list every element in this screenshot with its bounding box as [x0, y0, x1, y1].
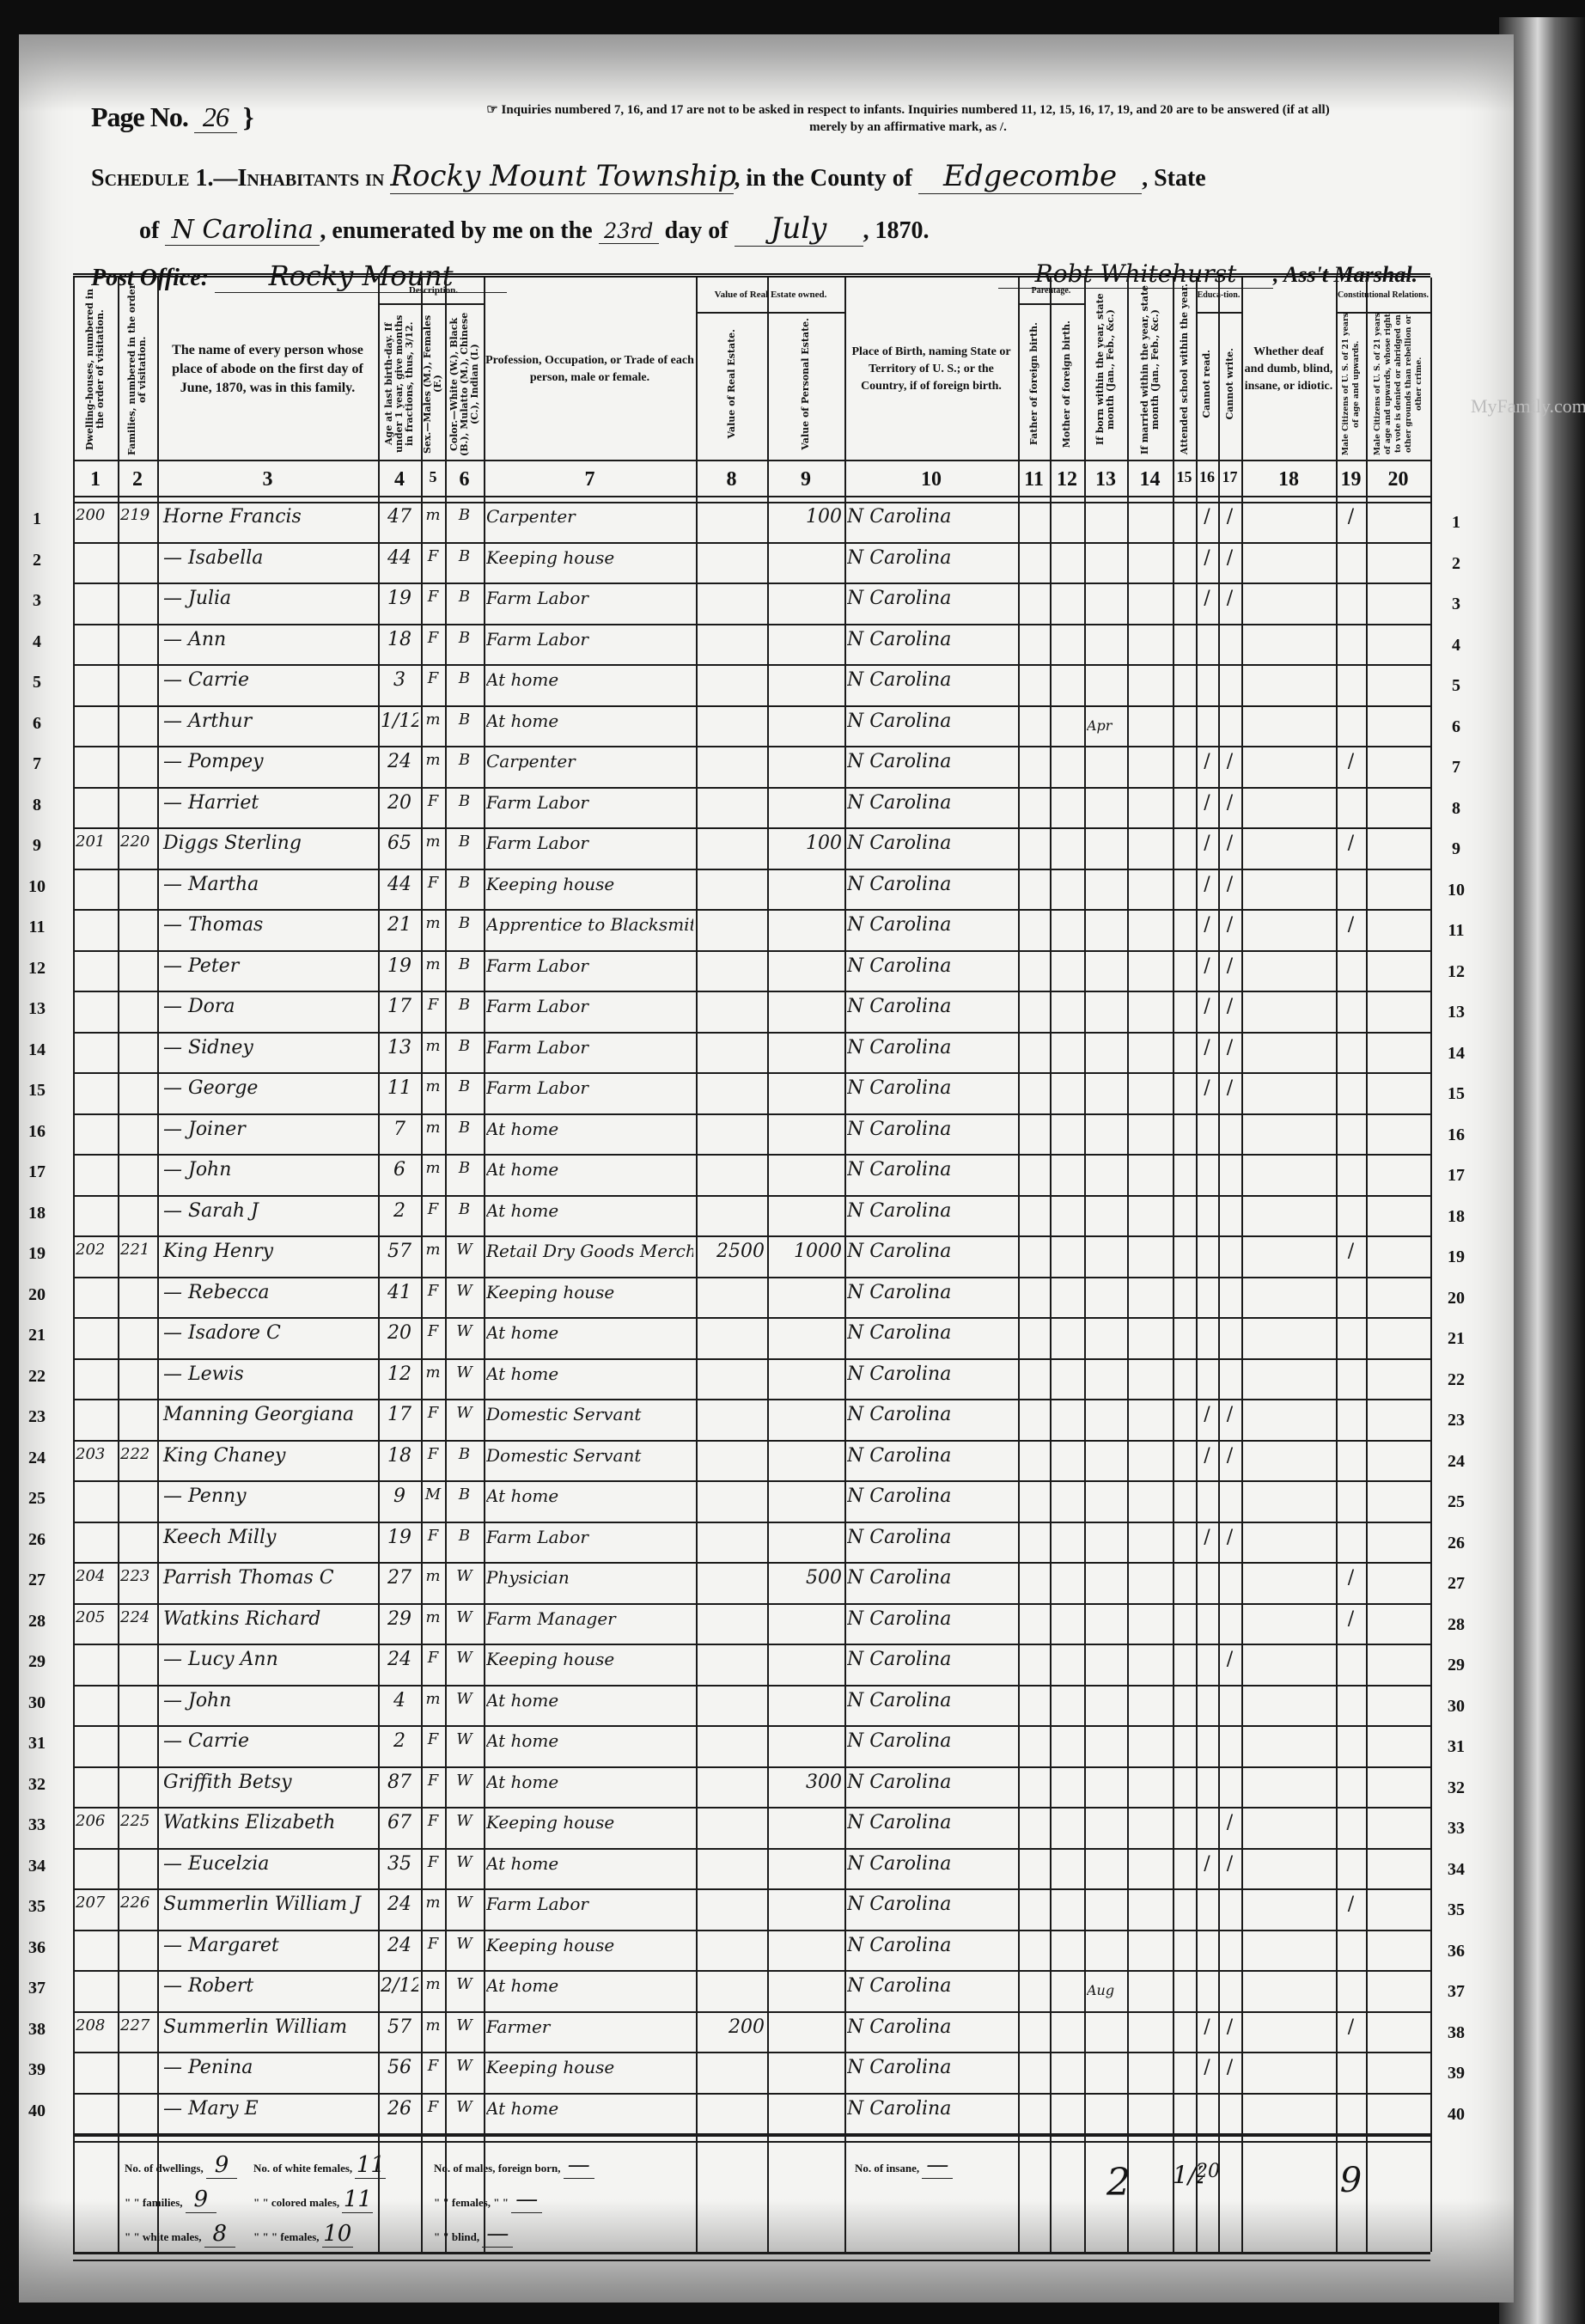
- table-row[interactable]: 1313— Dora17FBFarm LaborN Carolina//: [73, 991, 1430, 1032]
- birthplace: N Carolina: [847, 1363, 1015, 1385]
- age: 20: [381, 1322, 418, 1344]
- line-number-left: 37: [20, 1979, 54, 1998]
- color: B: [448, 914, 481, 932]
- summary-value: —: [511, 2187, 542, 2213]
- color: W: [448, 1894, 481, 1912]
- line-number-right: 10: [1439, 881, 1473, 900]
- person-name: — Pompey: [160, 751, 379, 772]
- line-number-right: 1: [1439, 513, 1473, 533]
- column-number-20: 20: [1366, 468, 1430, 491]
- age: 17: [381, 1404, 418, 1425]
- color: B: [448, 1485, 481, 1504]
- column-header-text: If born within the year, state month (Ja…: [1095, 283, 1116, 456]
- cannot-read-mark: /: [1198, 1037, 1216, 1058]
- person-name: — Sarah J: [160, 1200, 379, 1222]
- person-name: King Henry: [160, 1241, 379, 1262]
- column-number-11: 11: [1018, 468, 1050, 491]
- male-citizen-mark: /: [1338, 833, 1363, 854]
- summary-value: —: [482, 2221, 513, 2248]
- sex: F: [424, 588, 442, 606]
- column-header-text: Male Citizens of U. S. of 21 years of ag…: [1373, 312, 1424, 456]
- day-value: 23rd: [599, 219, 659, 244]
- real-estate-value: 2500: [698, 1241, 765, 1262]
- column-number-3: 3: [157, 468, 378, 491]
- line-number-right: 36: [1439, 1942, 1473, 1961]
- column-header-8: Value of Real Estate.: [698, 312, 765, 456]
- table-row[interactable]: 2020— Rebecca41FWKeeping houseN Carolina: [73, 1277, 1430, 1318]
- total-col13: 2: [1084, 2161, 1153, 2205]
- color: B: [448, 1445, 481, 1463]
- personal-estate-value: 1000: [770, 1241, 842, 1262]
- birthplace: N Carolina: [847, 1200, 1015, 1222]
- column-header-4: Age at last birth-day. If under 1 year, …: [380, 312, 419, 456]
- data-bottom-rule: [73, 2135, 1430, 2143]
- table-row[interactable]: 1717— John6mBAt homeN Carolina: [73, 1154, 1430, 1195]
- line-number-right: 5: [1439, 676, 1473, 696]
- person-name: — Isabella: [160, 547, 379, 569]
- color: W: [448, 1853, 481, 1871]
- table-row[interactable]: 1919202221King Henry57mWRetail Dry Goods…: [73, 1235, 1430, 1277]
- cannot-write-mark: /: [1221, 547, 1239, 569]
- table-row[interactable]: 1616— Joiner7mBAt homeN Carolina: [73, 1113, 1430, 1155]
- line-number-left: 4: [20, 632, 54, 652]
- sex: m: [424, 1975, 442, 1993]
- table-row[interactable]: 3131— Carrie2FWAt homeN Carolina: [73, 1725, 1430, 1766]
- occupation: At home: [486, 1119, 693, 1139]
- line-number-right: 24: [1439, 1452, 1473, 1472]
- cannot-write-mark: /: [1221, 833, 1239, 854]
- birthplace: N Carolina: [847, 914, 1015, 936]
- occupation: Keeping house: [486, 874, 693, 894]
- person-name: — Dora: [160, 996, 379, 1017]
- age: 44: [381, 547, 418, 569]
- cannot-read-mark: /: [1198, 2016, 1216, 2038]
- birthplace: N Carolina: [847, 1159, 1015, 1180]
- person-name: — Isadore C: [160, 1322, 379, 1344]
- column-header-text: Value of Personal Estate.: [801, 318, 811, 450]
- occupation: Keeping house: [486, 1812, 693, 1833]
- table-row[interactable]: 2828205224Watkins Richard29mWFarm Manage…: [73, 1603, 1430, 1644]
- line-number-left: 10: [20, 877, 54, 897]
- family-number: 221: [120, 1241, 155, 1259]
- line-number-left: 21: [20, 1326, 54, 1345]
- column-header-text: Sex.—Males (M.), Females (F.): [423, 312, 443, 456]
- age: 67: [381, 1812, 418, 1833]
- column-header-text: Age at last birth-day. If under 1 year, …: [384, 312, 415, 456]
- summary-foreign-females: " " females, " " —: [434, 2187, 542, 2213]
- line-number-right: 26: [1439, 1534, 1473, 1553]
- column-header-12: Mother of foreign birth.: [1052, 312, 1082, 456]
- birthplace: N Carolina: [847, 1690, 1015, 1711]
- column-number-8: 8: [696, 468, 767, 491]
- birthplace: N Carolina: [847, 2016, 1015, 2038]
- age: 19: [381, 955, 418, 977]
- age: 13: [381, 1037, 418, 1058]
- age: 17: [381, 996, 418, 1017]
- cannot-read-mark: /: [1198, 1527, 1216, 1548]
- line-number-right: 21: [1439, 1329, 1473, 1349]
- summary-value: 11: [355, 2152, 386, 2179]
- occupation: Farm Labor: [486, 833, 693, 853]
- cannot-read-mark: /: [1198, 833, 1216, 854]
- line-number-right: 28: [1439, 1615, 1473, 1635]
- day-of-label: day of: [665, 217, 728, 244]
- age: 1/12: [381, 711, 418, 732]
- line-number-left: 34: [20, 1857, 54, 1876]
- table-row[interactable]: 11200219Horne Francis47mBCarpenter100N C…: [73, 501, 1430, 542]
- cannot-write-mark: /: [1221, 2057, 1239, 2078]
- column-header-17: Cannot write.: [1220, 312, 1240, 456]
- cannot-write-mark: /: [1221, 1077, 1239, 1099]
- occupation: Farm Labor: [486, 955, 693, 976]
- color: W: [448, 1935, 481, 1953]
- sex: m: [424, 751, 442, 769]
- occupation: Farmer: [486, 2016, 693, 2037]
- birthplace: N Carolina: [847, 1935, 1015, 1956]
- column-header-2: Families, numbered in the order of visit…: [119, 283, 155, 456]
- column-header-text: Attended school within the year.: [1180, 284, 1190, 454]
- column-header-16: Cannot read.: [1198, 312, 1216, 456]
- table-row[interactable]: 1111— Thomas21mBApprentice to Blacksmith…: [73, 909, 1430, 950]
- cannot-write-mark: /: [1221, 1404, 1239, 1425]
- person-name: Griffith Betsy: [160, 1772, 379, 1793]
- age: 24: [381, 751, 418, 772]
- line-number-right: 34: [1439, 1860, 1473, 1880]
- column-header-text: Value of Real Estate.: [727, 329, 737, 439]
- line-number-left: 15: [20, 1081, 54, 1101]
- sex: m: [424, 833, 442, 851]
- cannot-write-mark: /: [1221, 588, 1239, 609]
- summary-label: " " blind,: [434, 2230, 479, 2243]
- occupation: Keeping house: [486, 1282, 693, 1302]
- line-number-left: 9: [20, 836, 54, 856]
- birthplace: N Carolina: [847, 547, 1015, 569]
- sex: F: [424, 1404, 442, 1422]
- cannot-read-mark: /: [1198, 1404, 1216, 1425]
- enumerated-label: , enumerated by me on the: [320, 217, 592, 244]
- group-header-description: Description.: [380, 278, 487, 303]
- state-line: of N Carolina, enumerated by me on the 2…: [139, 211, 930, 247]
- table-row[interactable]: 3838208227Summerlin William57mWFarmer200…: [73, 2011, 1430, 2053]
- cannot-write-mark: /: [1221, 1649, 1239, 1670]
- family-number: 222: [120, 1445, 155, 1463]
- summary-insane: No. of insane, —: [855, 2152, 953, 2179]
- age: 11: [381, 1077, 418, 1099]
- column-number-10: 10: [844, 468, 1018, 491]
- page-number-value: 26: [194, 101, 237, 133]
- person-name: — Peter: [160, 955, 379, 977]
- person-name: — Thomas: [160, 914, 379, 936]
- column-header-text: Place of Birth, naming State or Territor…: [846, 344, 1016, 395]
- line-number-left: 6: [20, 714, 54, 734]
- real-estate-value: 200: [698, 2016, 765, 2038]
- table-row[interactable]: 33— Julia19FBFarm LaborN Carolina//: [73, 583, 1430, 624]
- sex: m: [424, 1037, 442, 1055]
- color: W: [448, 1363, 481, 1382]
- sex: M: [424, 1485, 442, 1504]
- summary-foreign-males: No. of males, foreign born, —: [434, 2152, 594, 2179]
- table-row[interactable]: 2626Keech Milly19FBFarm LaborN Carolina/…: [73, 1522, 1430, 1563]
- summary-label: " " " females,: [253, 2230, 320, 2243]
- sex: F: [424, 1282, 442, 1300]
- line-number-left: 12: [20, 959, 54, 979]
- sex: m: [424, 1567, 442, 1585]
- inquiry-note-line-2: merely by an affirmative mark, as /.: [358, 119, 1458, 136]
- color: B: [448, 792, 481, 810]
- sex: F: [424, 1527, 442, 1545]
- table-row[interactable]: 3333206225Watkins Elizabeth67FWKeeping h…: [73, 1807, 1430, 1848]
- person-name: — Lewis: [160, 1363, 379, 1385]
- age: 24: [381, 1935, 418, 1956]
- born-month: Apr: [1087, 717, 1125, 734]
- occupation: Farm Labor: [486, 588, 693, 608]
- color: B: [448, 588, 481, 606]
- occupation: At home: [486, 1485, 693, 1506]
- county-value: Edgecombe: [918, 159, 1142, 194]
- table-row[interactable]: 3434— Eucelzia35FWAt homeN Carolina//: [73, 1848, 1430, 1889]
- color: B: [448, 1159, 481, 1177]
- line-number-right: 8: [1439, 799, 1473, 819]
- occupation: At home: [486, 1322, 693, 1343]
- column-header-9: Value of Personal Estate.: [769, 312, 843, 456]
- table-row[interactable]: 4040— Mary E26FWAt homeN Carolina: [73, 2093, 1430, 2134]
- summary-value: 9: [186, 2187, 216, 2213]
- column-header-text: Cannot read.: [1202, 350, 1212, 418]
- line-number-right: 4: [1439, 636, 1473, 656]
- birthplace: N Carolina: [847, 1853, 1015, 1875]
- column-number-19: 19: [1336, 468, 1366, 491]
- footer-bottom-rule: [73, 2252, 1430, 2261]
- table-row[interactable]: 1515— George11mBFarm LaborN Carolina//: [73, 1072, 1430, 1113]
- person-name: Watkins Elizabeth: [160, 1812, 379, 1833]
- occupation: At home: [486, 1363, 693, 1384]
- line-number-left: 23: [20, 1407, 54, 1427]
- age: 47: [381, 506, 418, 528]
- table-row[interactable]: 3939— Penina56FWKeeping houseN Carolina/…: [73, 2052, 1430, 2093]
- line-number-left: 19: [20, 1244, 54, 1264]
- summary-label: No. of insane,: [855, 2162, 919, 2175]
- sex: m: [424, 1690, 442, 1708]
- birthplace: N Carolina: [847, 1404, 1015, 1425]
- color: W: [448, 1812, 481, 1830]
- summary-value: 8: [204, 2221, 235, 2248]
- occupation: At home: [486, 669, 693, 690]
- birthplace: N Carolina: [847, 1119, 1015, 1140]
- column-header-text: Families, numbered in the order of visit…: [127, 283, 148, 456]
- age: 27: [381, 1567, 418, 1589]
- column-header-3: The name of every person whose place of …: [159, 283, 376, 456]
- sex: F: [424, 547, 442, 565]
- personal-estate-value: 300: [770, 1772, 842, 1793]
- group-header-rule: [1336, 312, 1430, 314]
- age: 35: [381, 1853, 418, 1875]
- summary-blind: " " blind, —: [434, 2221, 513, 2248]
- sex: F: [424, 1812, 442, 1830]
- table-row[interactable]: 2929— Lucy Ann24FWKeeping houseN Carolin…: [73, 1644, 1430, 1685]
- birthplace: N Carolina: [847, 1445, 1015, 1467]
- dwelling-number: 206: [76, 1812, 115, 1830]
- line-number-right: 35: [1439, 1900, 1473, 1920]
- age: 44: [381, 874, 418, 895]
- person-name: Summerlin William J: [160, 1894, 379, 1915]
- birthplace: N Carolina: [847, 2057, 1015, 2078]
- cannot-write-mark: /: [1221, 1812, 1239, 1833]
- line-number-left: 7: [20, 754, 54, 774]
- table-row[interactable]: 88— Harriet20FBFarm LaborN Carolina//: [73, 787, 1430, 828]
- occupation: At home: [486, 1159, 693, 1180]
- sex: F: [424, 669, 442, 687]
- birthplace: N Carolina: [847, 1567, 1015, 1589]
- person-name: — Sidney: [160, 1037, 379, 1058]
- occupation: Farm Labor: [486, 1894, 693, 1914]
- cannot-read-mark: /: [1198, 1077, 1216, 1099]
- color: B: [448, 751, 481, 769]
- column-number-16: 16: [1196, 468, 1218, 486]
- table-row[interactable]: 44— Ann18FBFarm LaborN Carolina: [73, 624, 1430, 665]
- dwelling-number: 201: [76, 833, 115, 851]
- family-number: 227: [120, 2016, 155, 2034]
- table-row[interactable]: 77— Pompey24mBCarpenterN Carolina///: [73, 746, 1430, 787]
- color: W: [448, 1772, 481, 1790]
- line-number-left: 39: [20, 2060, 54, 2080]
- birthplace: N Carolina: [847, 629, 1015, 650]
- dwelling-number: 204: [76, 1567, 115, 1585]
- sex: m: [424, 1119, 442, 1137]
- table-row[interactable]: 1010— Martha44FBKeeping houseN Carolina/…: [73, 869, 1430, 910]
- color: B: [448, 629, 481, 647]
- summary-value: 10: [322, 2221, 353, 2248]
- census-table: Description. Value of Real Estate owned.…: [73, 273, 1430, 2254]
- occupation: Keeping house: [486, 1649, 693, 1669]
- person-name: — Penina: [160, 2057, 379, 2078]
- occupation: Farm Manager: [486, 1608, 693, 1629]
- table-row[interactable]: 66— Arthur1/12mBAt homeN CarolinaApr: [73, 705, 1430, 747]
- cannot-write-mark: /: [1221, 751, 1239, 772]
- family-number: 226: [120, 1894, 155, 1912]
- sex: F: [424, 874, 442, 892]
- summary-colored-females: " " " females, 10: [253, 2221, 353, 2248]
- table-row[interactable]: 55— Carrie3FBAt homeN Carolina: [73, 664, 1430, 705]
- person-name: Parrish Thomas C: [160, 1567, 379, 1589]
- column-header-18: Whether deaf and dumb, blind, insane, or…: [1243, 283, 1334, 456]
- occupation: At home: [486, 1730, 693, 1751]
- birthplace: N Carolina: [847, 751, 1015, 772]
- table-row[interactable]: 2525— Penny9MBAt homeN Carolina: [73, 1480, 1430, 1522]
- line-number-right: 23: [1439, 1411, 1473, 1430]
- table-row[interactable]: 3232Griffith Betsy87FWAt home300N Caroli…: [73, 1766, 1430, 1808]
- cannot-write-mark: /: [1221, 1037, 1239, 1058]
- color: W: [448, 1649, 481, 1667]
- sex: F: [424, 2057, 442, 2075]
- table-row[interactable]: 2323Manning Georgiana17FWDomestic Servan…: [73, 1399, 1430, 1440]
- cannot-write-mark: /: [1221, 1527, 1239, 1548]
- birthplace: N Carolina: [847, 2098, 1015, 2120]
- column-header-text: Male Citizens of U. S. of 21 years of ag…: [1341, 312, 1362, 456]
- birthplace: N Carolina: [847, 588, 1015, 609]
- column-number-5: 5: [421, 468, 445, 486]
- line-number-right: 3: [1439, 595, 1473, 614]
- age: 2/12: [381, 1975, 418, 1997]
- age: 65: [381, 833, 418, 854]
- table-row[interactable]: 3030— John4mWAt homeN Carolina: [73, 1685, 1430, 1726]
- line-number-left: 24: [20, 1449, 54, 1468]
- column-number-18: 18: [1241, 468, 1336, 491]
- column-header-text: The name of every person whose place of …: [159, 341, 376, 398]
- line-number-left: 25: [20, 1489, 54, 1509]
- cannot-read-mark: /: [1198, 1445, 1216, 1467]
- table-row[interactable]: 3737— Robert2/12mWAt homeN CarolinaAug: [73, 1970, 1430, 2011]
- birthplace: N Carolina: [847, 1608, 1015, 1630]
- table-row[interactable]: 1414— Sidney13mBFarm LaborN Carolina//: [73, 1032, 1430, 1073]
- summary-label: " " families,: [125, 2196, 183, 2209]
- family-number: 225: [120, 1812, 155, 1830]
- table-row[interactable]: 3636— Margaret24FWKeeping houseN Carolin…: [73, 1930, 1430, 1971]
- male-citizen-mark: /: [1338, 506, 1363, 528]
- line-number-left: 11: [20, 918, 54, 937]
- age: 9: [381, 1485, 418, 1507]
- color: W: [448, 2057, 481, 2075]
- table-row[interactable]: 1212— Peter19mBFarm LaborN Carolina//: [73, 950, 1430, 991]
- sex: F: [424, 1935, 442, 1953]
- table-row[interactable]: 2424203222King Chaney18FBDomestic Servan…: [73, 1440, 1430, 1481]
- table-row[interactable]: 22— Isabella44FBKeeping houseN Carolina/…: [73, 542, 1430, 583]
- line-number-right: 6: [1439, 717, 1473, 737]
- occupation: Farm Labor: [486, 1077, 693, 1098]
- color: W: [448, 1608, 481, 1626]
- line-number-right: 25: [1439, 1492, 1473, 1512]
- family-number: 223: [120, 1567, 155, 1585]
- dwelling-number: 208: [76, 2016, 115, 2034]
- column-header-19: Male Citizens of U. S. of 21 years of ag…: [1338, 312, 1364, 456]
- line-number-left: 36: [20, 1938, 54, 1958]
- color: W: [448, 1322, 481, 1340]
- person-name: — Ann: [160, 629, 379, 650]
- column-header-text: Profession, Occupation, or Trade of each…: [485, 352, 694, 387]
- sex: m: [424, 1241, 442, 1259]
- cannot-read-mark: /: [1198, 955, 1216, 977]
- sex: F: [424, 1853, 442, 1871]
- age: 2: [381, 1200, 418, 1222]
- male-citizen-mark: /: [1338, 1241, 1363, 1262]
- summary-white-males: " " white males, 8: [125, 2221, 235, 2248]
- family-number: 224: [120, 1608, 155, 1626]
- person-name: Diggs Sterling: [160, 833, 379, 854]
- page-label: Page No.: [91, 101, 188, 132]
- born-month: Aug: [1087, 1982, 1125, 1998]
- line-number-left: 18: [20, 1204, 54, 1223]
- person-name: — Harriet: [160, 792, 379, 814]
- table-row[interactable]: 3535207226Summerlin William J24mWFarm La…: [73, 1888, 1430, 1930]
- occupation: At home: [486, 1690, 693, 1711]
- personal-estate-value: 100: [770, 506, 842, 528]
- table-row[interactable]: 2222— Lewis12mWAt homeN Carolina: [73, 1358, 1430, 1400]
- column-number-13: 13: [1084, 468, 1127, 491]
- table-row[interactable]: 2121— Isadore C20FWAt homeN Carolina: [73, 1317, 1430, 1358]
- inquiry-note-line-1: ☞ Inquiries numbered 7, 16, and 17 are n…: [358, 101, 1458, 119]
- age: 3: [381, 669, 418, 691]
- summary-white-females: No. of white females, 11: [253, 2152, 386, 2179]
- age: 29: [381, 1608, 418, 1630]
- table-row[interactable]: 1818— Sarah J2FBAt homeN Carolina: [73, 1195, 1430, 1236]
- person-name: Horne Francis: [160, 506, 379, 528]
- table-row[interactable]: 99201220Diggs Sterling65mBFarm Labor100N…: [73, 827, 1430, 869]
- table-row[interactable]: 2727204223Parrish Thomas C27mWPhysician5…: [73, 1562, 1430, 1603]
- sex: m: [424, 2016, 442, 2034]
- column-header-14: If married within the year, state month …: [1129, 283, 1171, 456]
- line-number-right: 19: [1439, 1247, 1473, 1267]
- age: 4: [381, 1690, 418, 1711]
- person-name: — Carrie: [160, 669, 379, 691]
